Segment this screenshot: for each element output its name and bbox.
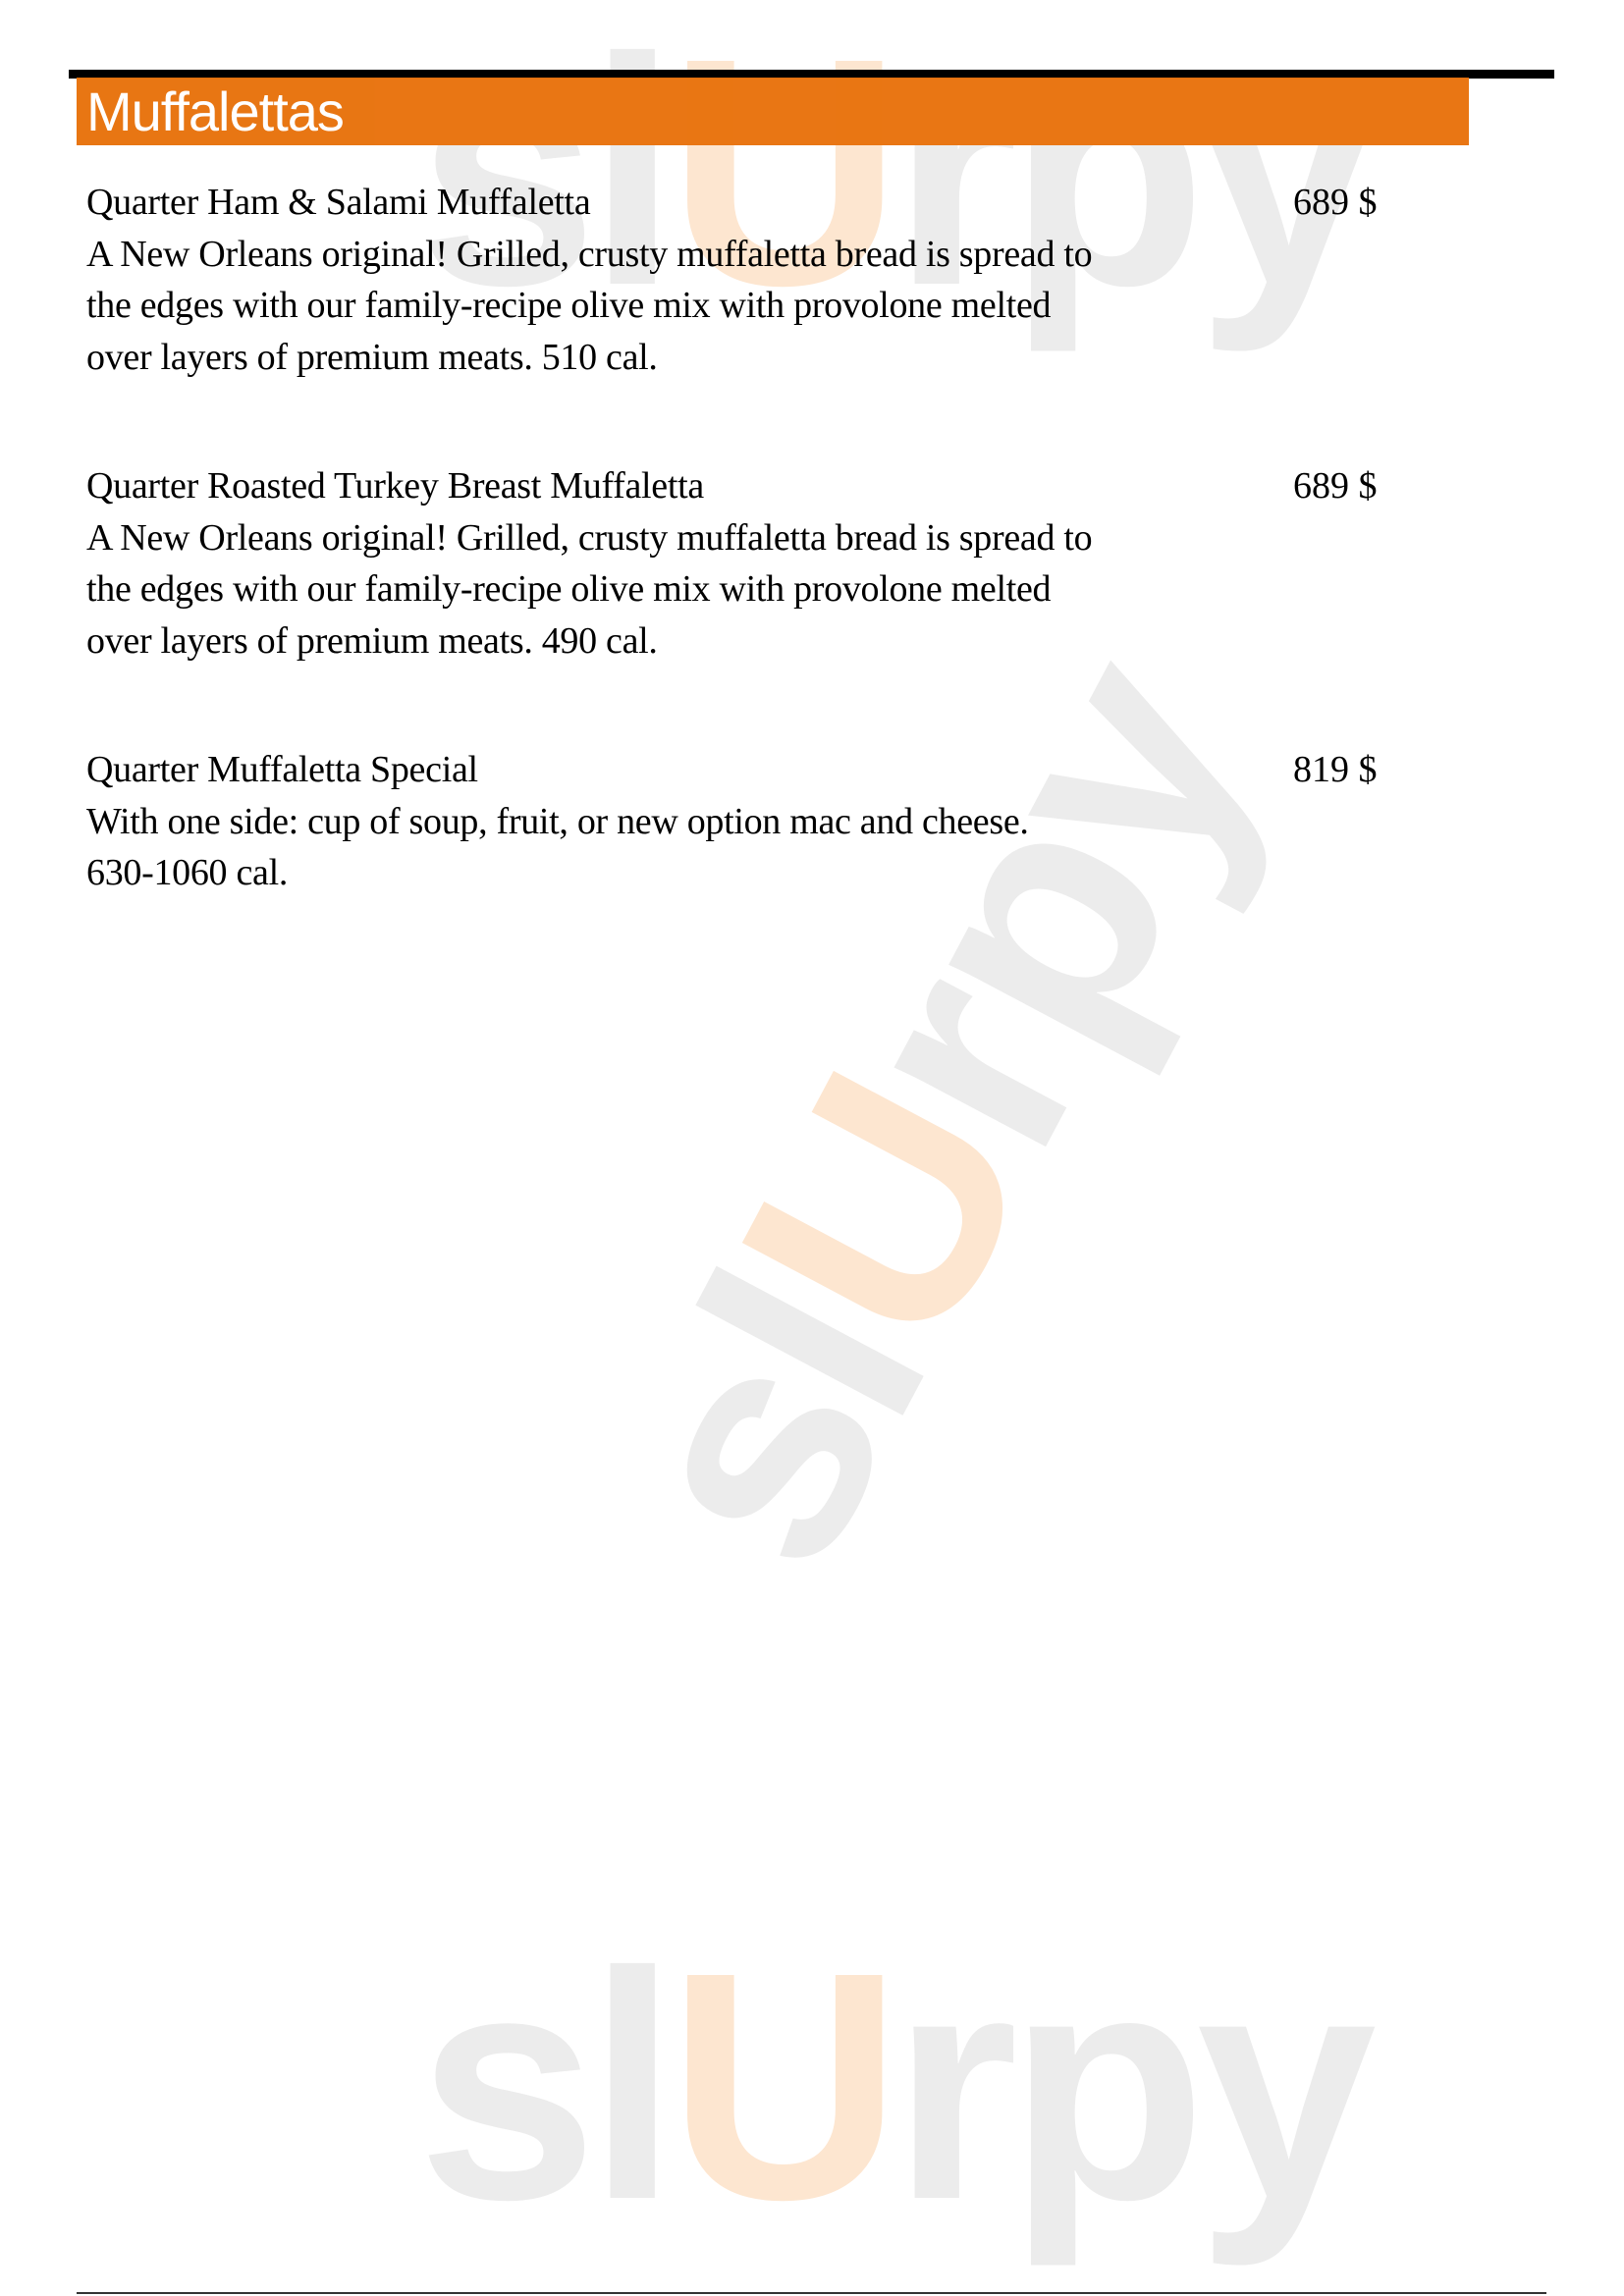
menu-item: Quarter Roasted Turkey Breast Muffaletta… — [86, 460, 1481, 744]
menu-item-description: With one side: cup of soup, fruit, or ne… — [86, 796, 1245, 899]
menu-item: Quarter Muffaletta Special With one side… — [86, 744, 1481, 1028]
menu-item-price: 689 $ — [1293, 177, 1378, 229]
bottom-divider — [77, 2292, 1546, 2294]
menu-item-description: A New Orleans original! Grilled, crusty … — [86, 512, 1245, 667]
menu-item-price: 689 $ — [1293, 460, 1378, 512]
menu-item: Quarter Ham & Salami Muffaletta A New Or… — [86, 177, 1481, 460]
section-header: Muffalettas — [77, 78, 1469, 145]
menu-item-description: A New Orleans original! Grilled, crusty … — [86, 229, 1245, 384]
menu-item-name: Quarter Muffaletta Special — [86, 744, 1245, 796]
menu-item-list: Quarter Ham & Salami Muffaletta A New Or… — [86, 177, 1481, 1028]
section-title: Muffalettas — [86, 80, 344, 143]
menu-item-price: 819 $ — [1293, 744, 1378, 796]
menu-item-name: Quarter Ham & Salami Muffaletta — [86, 177, 1245, 229]
watermark-logo-bottom: slUrpy — [417, 1924, 1367, 2248]
menu-item-name: Quarter Roasted Turkey Breast Muffaletta — [86, 460, 1245, 512]
